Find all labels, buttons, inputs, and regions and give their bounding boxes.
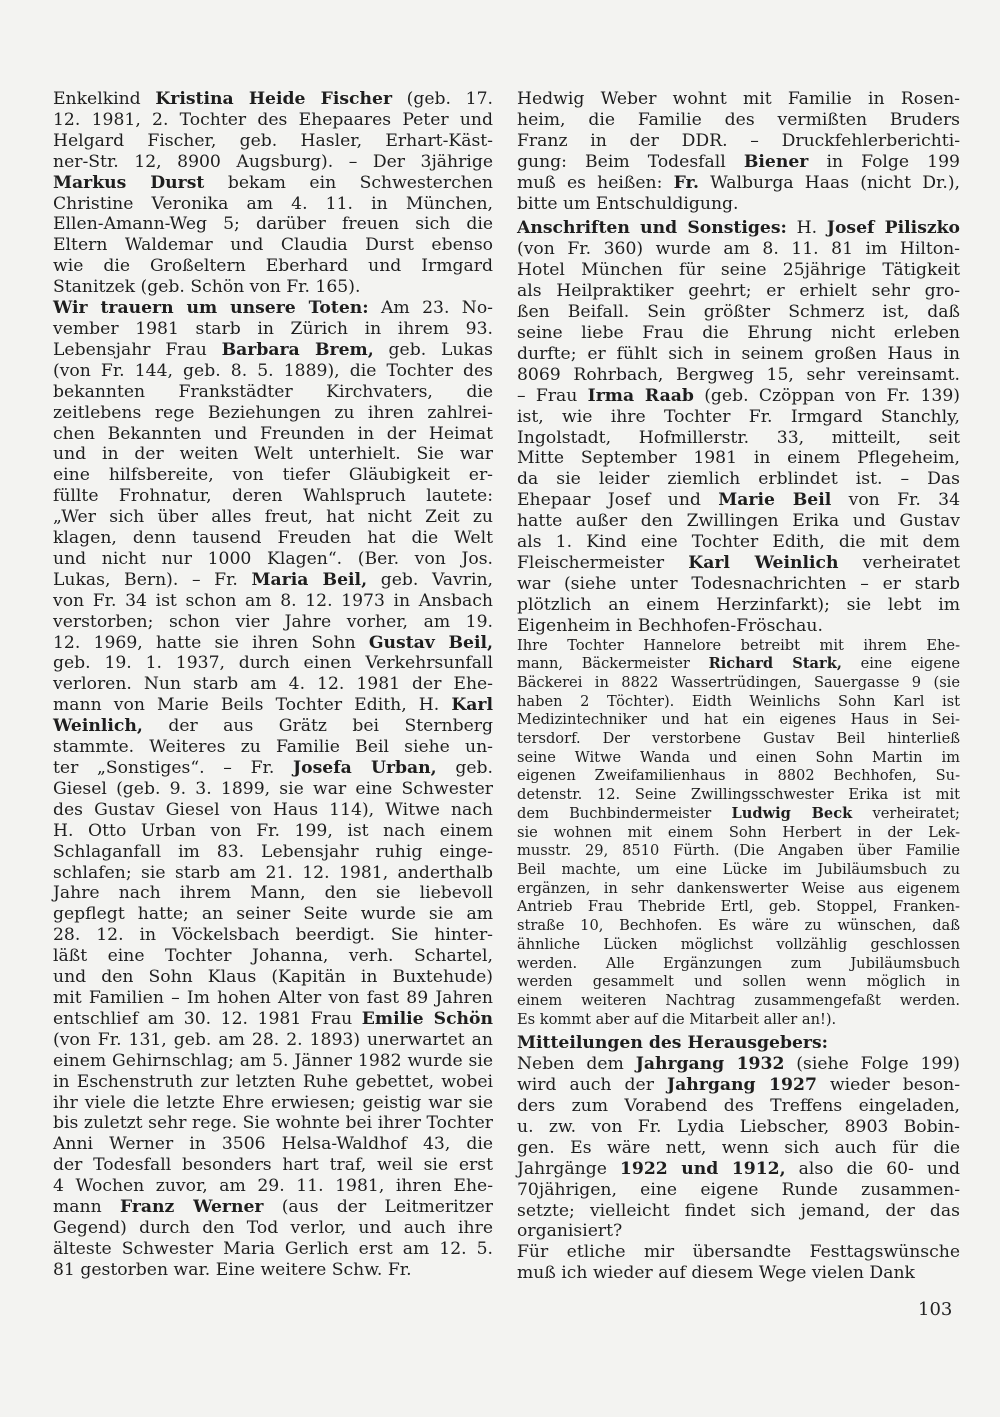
text-line: Medizintechniker und hat ein eigenes Hau… [517,711,960,730]
text-line: älteste Schwester Maria Gerlich erst am … [53,1239,493,1260]
text-line: in Eschenstruth zur letzten Ruhe gebette… [53,1072,493,1093]
text-line: Hotel München für seine 25jährige Tätigk… [517,260,960,281]
text-line: schlafen; sie starb am 21. 12. 1981, and… [53,863,493,884]
text-line: 70jährigen, eine eigene Runde zusammen- [517,1180,960,1201]
text-line: „Wer sich über alles freut, hat nicht Ze… [53,507,493,528]
text-line: Eltern Waldemar und Claudia Durst ebenso [53,235,493,256]
text-line: sie wohnen mit einem Sohn Herbert in der… [517,824,960,843]
text-line: gepflegt hatte; an seiner Seite wurde si… [53,904,493,925]
bold-name: Emilie Schön [362,1009,493,1029]
text-line: Mitte September 1981 in einem Pflegeheim… [517,448,960,469]
text-line: Schlaganfall im 83. Lebensjahr ruhig ein… [53,842,493,863]
text-line: setzte; vielleicht findet sich jemand, d… [517,1201,960,1222]
text-line: Markus Durst bekam ein Schwesterchen [53,173,493,194]
text-line: Ehepaar Josef und Marie Beil von Fr. 34 [517,490,960,511]
text-line: Eigenheim in Bechhofen-Fröschau. [517,616,960,637]
text-line: bekannten Frankstädter Kirchvaters, die [53,382,493,403]
bold-name: Kristina Heide Fischer [155,89,392,109]
text-line: verstorben; schon vier Jahre vorher, am … [53,612,493,633]
text-line: bitte um Entschuldigung. [517,194,960,215]
text-line: eine hilfsbereite, von tiefer Gläubigkei… [53,465,493,486]
page-number: 103 [918,1299,952,1320]
bold-name: Marie Beil [718,490,831,510]
bold-name: Jahrgang 1932 [636,1054,785,1074]
paragraph-obituaries: Wir trauern um unsere Toten: Am 23. No-v… [53,298,493,1281]
text-line: und den Sohn Klaus (Kapitän in Buxtehude… [53,967,493,988]
text-line: musstr. 29, 8510 Fürth. (Die Angaben übe… [517,842,960,861]
bold-name: Wir trauern um unsere Toten: [53,298,369,318]
bold-name: Josef Piliszko [827,218,960,238]
text-line: Anschriften und Sonstiges: H. Josef Pili… [517,218,960,239]
text-line: ter „Sonstiges“. – Fr. Josefa Urban, geb… [53,758,493,779]
text-line: wird auch der Jahrgang 1927 wieder beson… [517,1075,960,1096]
text-line: 12. 1981, 2. Tochter des Ehepaares Peter… [53,110,493,131]
bold-name: Biener [744,152,808,172]
text-line: heim, die Familie des vermißten Bruders [517,110,960,131]
text-line: bis zuletzt sehr rege. Sie wohnte bei ih… [53,1113,493,1134]
bold-name: Fr. [674,173,699,193]
text-line: ähnliche Lücken möglichst vollzählig ges… [517,936,960,955]
text-line: 8069 Rohrbach, Bergweg 15, sehr vereinsa… [517,365,960,386]
paragraph-family-beil: Ihre Tochter Hannelore betreibt mit ihre… [517,637,960,1030]
bold-name: Weinlich, [53,716,143,736]
text-line: Es kommt aber auf die Mitarbeit aller an… [517,1011,960,1030]
left-column: Enkelkind Kristina Heide Fischer (geb. 1… [53,89,493,1281]
right-column: Hedwig Weber wohnt mit Familie in Rosen-… [517,89,960,1284]
text-line: durfte; er fühlt sich in seinem großen H… [517,344,960,365]
text-line: Helgard Fischer, geb. Hasler, Erhart-Käs… [53,131,493,152]
bold-name: Franz Werner [120,1197,264,1217]
text-line: muß ich wieder auf diesem Wege vielen Da… [517,1263,960,1284]
text-line: Ihre Tochter Hannelore betreibt mit ihre… [517,637,960,656]
text-line: da sie leider ziemlich erblindet ist. – … [517,469,960,490]
text-line: Lebensjahr Frau Barbara Brem, geb. Lukas [53,340,493,361]
text-line: – Frau Irma Raab (geb. Czöppan von Fr. 1… [517,386,960,407]
bold-name: Anschriften und Sonstiges: [517,218,787,238]
text-line: (von Fr. 360) wurde am 8. 11. 81 im Hilt… [517,239,960,260]
text-line: u. zw. von Fr. Lydia Liebscher, 8903 Bob… [517,1117,960,1138]
text-line: als 1. Kind eine Tochter Edith, die mit … [517,532,960,553]
text-line: wie die Großeltern Eberhard und Irmgard [53,256,493,277]
text-line: einem weiteren Nachtrag zusammengefaßt w… [517,992,960,1011]
text-line: vember 1981 starb in Zürich in ihrem 93. [53,319,493,340]
text-line: einem Gehirnschlag; am 5. Jänner 1982 wu… [53,1051,493,1072]
text-line: als Heilpraktiker geehrt; er erhielt seh… [517,281,960,302]
text-line: plötzlich an einem Herzinfarkt); sie leb… [517,595,960,616]
text-line: Beil machte, um eine Lücke im Jubiläumsb… [517,861,960,880]
bold-name: Maria Beil, [252,570,368,590]
text-line: entschlief am 30. 12. 1981 Frau Emilie S… [53,1009,493,1030]
section-heading-publisher: Mitteilungen des Herausgebers: [517,1033,960,1054]
text-line: organisiert? [517,1221,960,1242]
bold-name: Josefa Urban, [293,758,437,778]
bold-name: Karl [451,695,493,715]
bold-name: Markus Durst [53,173,204,193]
text-line: Weinlich, der aus Grätz bei Sternberg [53,716,493,737]
text-line: Gegend) durch den Tod verlor, und auch i… [53,1218,493,1239]
text-line: Jahrgänge 1922 und 1912, also die 60- un… [517,1159,960,1180]
text-line: mann von Marie Beils Tochter Edith, H. K… [53,695,493,716]
text-line: klagen, denn tausend Freuden hat die Wel… [53,528,493,549]
text-line: 81 gestorben war. Eine weitere Schw. Fr. [53,1260,493,1281]
text-line: (von Fr. 144, geb. 8. 5. 1889), die Toch… [53,361,493,382]
text-line: ner-Str. 12, 8900 Augsburg). – Der 3jähr… [53,152,493,173]
paragraph-thanks: Für etliche mir übersandte Festtagswünsc… [517,1242,960,1284]
text-line: werden gesammelt und sollen wenn möglich… [517,973,960,992]
text-line: war (siehe unter Todesnachrichten – er s… [517,574,960,595]
text-line: Jahre nach ihrem Mann, den sie liebevoll [53,883,493,904]
text-line: H. Otto Urban von Fr. 199, ist nach eine… [53,821,493,842]
text-line: eigenen Zweifamilienhaus in 8802 Bechhof… [517,767,960,786]
bold-name: Gustav Beil, [369,633,493,653]
text-line: ergänzen, in sehr dankenswerter Weise au… [517,880,960,899]
text-line: ist, wie ihre Tochter Fr. Irmgard Stanch… [517,407,960,428]
text-line: seine liebe Frau die Ehrung nicht erlebe… [517,323,960,344]
text-line: Enkelkind Kristina Heide Fischer (geb. 1… [53,89,493,110]
text-line: gen. Es wäre nett, wenn sich auch für di… [517,1138,960,1159]
text-line: seine Witwe Wanda und einen Sohn Martin … [517,749,960,768]
bold-name: Irma Raab [588,386,694,406]
text-line: chen Bekannten und Freunden in der Heima… [53,424,493,445]
text-line: Hedwig Weber wohnt mit Familie in Rosen- [517,89,960,110]
text-line: Neben dem Jahrgang 1932 (siehe Folge 199… [517,1054,960,1075]
text-line: ßen Beifall. Sein größter Schmerz ist, d… [517,302,960,323]
text-line: verloren. Nun starb am 4. 12. 1981 der E… [53,674,493,695]
text-line: Giesel (geb. 9. 3. 1899, sie war eine Sc… [53,779,493,800]
text-line: mann Franz Werner (aus der Leitmeritzer [53,1197,493,1218]
text-line: Ingolstadt, Hofmillerstr. 33, mitteilt, … [517,428,960,449]
bold-name: Jahrgang 1927 [667,1075,817,1095]
bold-name: Richard Stark, [709,655,842,672]
text-line: Antrieb Frau Thebride Ertl, geb. Stoppel… [517,898,960,917]
paragraph-births: Enkelkind Kristina Heide Fischer (geb. 1… [53,89,493,298]
paragraph-continuation: Hedwig Weber wohnt mit Familie in Rosen-… [517,89,960,214]
text-line: geb. 19. 1. 1937, durch einen Verkehrsun… [53,653,493,674]
text-line: Lukas, Bern). – Fr. Maria Beil, geb. Vav… [53,570,493,591]
text-line: gung: Beim Todesfall Biener in Folge 199 [517,152,960,173]
text-line: tersdorf. Der verstorbene Gustav Beil hi… [517,730,960,749]
bold-name: Barbara Brem, [222,340,374,360]
text-line: ders zum Vorabend des Treffens eingelade… [517,1096,960,1117]
text-line: von Fr. 34 ist schon am 8. 12. 1973 in A… [53,591,493,612]
text-line: mit Familien – Im hohen Alter von fast 8… [53,988,493,1009]
text-line: des Gustav Giesel von Haus 114), Witwe n… [53,800,493,821]
bold-name: Ludwig Beck [732,805,853,822]
text-line: ihr viele die letzte Ehre erwiesen; geis… [53,1093,493,1114]
text-line: Wir trauern um unsere Toten: Am 23. No- [53,298,493,319]
text-line: werden. Alle Ergänzungen zum Jubiläumsbu… [517,955,960,974]
text-line: läßt eine Tochter Johanna, verh. Scharte… [53,946,493,967]
text-line: stammte. Weiteres zu Familie Beil siehe … [53,737,493,758]
text-line: muß es heißen: Fr. Walburga Haas (nicht … [517,173,960,194]
text-line: 28. 12. in Vöckelsbach beerdigt. Sie hin… [53,925,493,946]
text-line: Für etliche mir übersandte Festtagswünsc… [517,1242,960,1263]
text-line: Bäckerei in 8822 Wassertrüdingen, Sauerg… [517,674,960,693]
text-line: Franz in der DDR. – Druckfehlerberichti- [517,131,960,152]
text-line: dem Buchbindermeister Ludwig Beck verhei… [517,805,960,824]
bold-name: 1922 und 1912, [620,1159,786,1179]
text-line: Fleischermeister Karl Weinlich verheirat… [517,553,960,574]
text-line: Anni Werner in 3506 Helsa-Waldhof 43, di… [53,1134,493,1155]
paragraph-publisher-notes: Neben dem Jahrgang 1932 (siehe Folge 199… [517,1054,960,1242]
text-line: straße 10, Bechhofen. Es wäre zu wünsche… [517,917,960,936]
text-line: füllte Frohnatur, deren Wahlspruch laute… [53,486,493,507]
paragraph-addresses: Anschriften und Sonstiges: H. Josef Pili… [517,218,960,636]
text-line: 12. 1969, hatte sie ihren Sohn Gustav Be… [53,633,493,654]
bold-name: Karl Weinlich [688,553,838,573]
text-line: hatte außer den Zwillingen Erika und Gus… [517,511,960,532]
text-line: haben 2 Töchter). Eidth Weinlichs Sohn K… [517,693,960,712]
text-line: mann, Bäckermeister Richard Stark, eine … [517,655,960,674]
text-line: und in der weiten Welt unterhielt. Sie w… [53,444,493,465]
text-line: zeitlebens rege Beziehungen zu ihren zah… [53,403,493,424]
text-line: detenstr. 12. Seine Zwillingsschwester E… [517,786,960,805]
text-line: (von Fr. 131, geb. am 28. 2. 1893) unerw… [53,1030,493,1051]
text-line: Stanitzek (geb. Schön von Fr. 165). [53,277,493,298]
text-line: und nicht nur 1000 Klagen“. (Ber. von Jo… [53,549,493,570]
text-line: der Todesfall besonders hart traf, weil … [53,1155,493,1176]
text-line: 4 Wochen zuvor, am 29. 11. 1981, ihren E… [53,1176,493,1197]
text-line: Christine Veronika am 4. 11. in München, [53,194,493,215]
text-line: Ellen-Amann-Weg 5; darüber freuen sich d… [53,214,493,235]
